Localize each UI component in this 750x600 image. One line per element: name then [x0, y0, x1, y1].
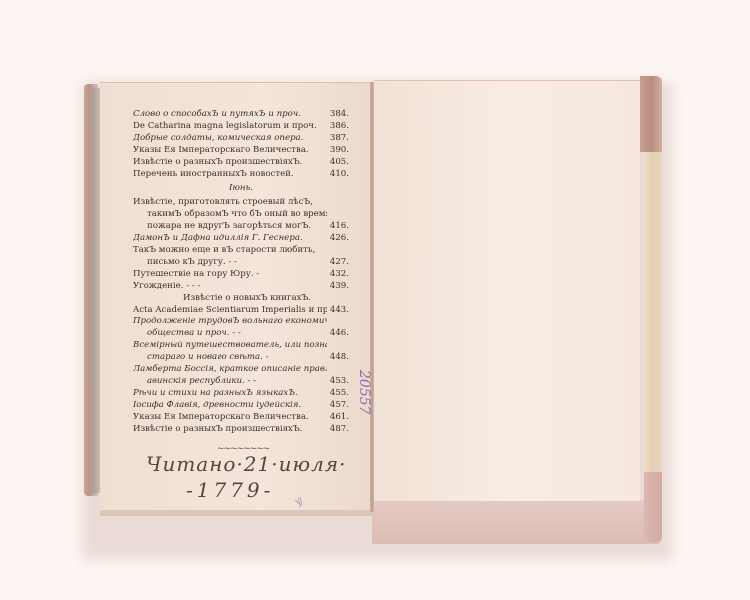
toc-entry: Угожденiе. - - - 439.	[133, 281, 349, 293]
toc-entry-line: Ламберта Боссiя, краткое описанiе правле…	[133, 364, 349, 376]
page-number: 457.	[327, 400, 349, 412]
section-subheading-new-books: Извѣстiе о новыхЪ книгахЪ.	[133, 293, 349, 305]
toc-entry: письмо кЪ другу. - - 427.	[133, 257, 349, 269]
handwritten-note-year: -1779-	[186, 478, 274, 502]
toc-entry-line: Продолженiе трудовЪ вольнаго економическ…	[133, 316, 349, 328]
book-gutter	[370, 82, 374, 512]
right-cover-bottom	[372, 500, 662, 544]
page-number: 416.	[327, 221, 349, 233]
toc-entry: Добрые солдаты, комическая опера. 387.	[133, 133, 349, 145]
toc-entry-line: Извѣстiе, приготовлять строевый лѣсЪ,	[133, 197, 349, 209]
page-number: 427.	[327, 257, 349, 269]
right-page-block-edge	[644, 152, 662, 472]
page-number: 448.	[327, 352, 349, 364]
toc-entry: Извѣстiе о разныхЪ произшествiяхЪ. 405.	[133, 157, 349, 169]
toc-entry: Указы Ея Iмператорскаго Величества. 461.	[133, 412, 349, 424]
toc-entry: аѳинскiя республики. - - 453.	[133, 376, 349, 388]
toc-entry-line: Всемiрный путешествователь, или познанiе	[133, 340, 349, 352]
toc-entry: стараго и новаго свѣта. - 448.	[133, 352, 349, 364]
toc-entry-line: такимЪ образомЪ что бЪ оный во время	[133, 209, 349, 221]
page-number: 390.	[327, 145, 349, 157]
toc-entry: ДамонЪ и Дафна идиллiя Г. Геснера. 426.	[133, 233, 349, 245]
toc-entry: Перечень иностранныхЪ новостей. 410.	[133, 169, 349, 181]
page-number: 384.	[327, 109, 349, 121]
page-number: 432.	[327, 269, 349, 281]
right-cover-edge-bottom	[644, 472, 662, 542]
page-number: 455.	[327, 388, 349, 400]
toc-entry: Acta Academiae Scientiarum Imperialis и …	[133, 305, 349, 317]
table-of-contents: Слово о способахЪ и путяхЪ и проч. 384. …	[133, 109, 349, 435]
toc-entry: De Catharina magna legislatorum и проч. …	[133, 121, 349, 133]
toc-entry: Путешествiе на гору Юру. - 432.	[133, 269, 349, 281]
open-book: Слово о способахЪ и путяхЪ и проч. 384. …	[0, 0, 750, 600]
right-cover-edge-top	[640, 76, 662, 152]
page-number: 487.	[327, 424, 349, 436]
handwritten-note-read-date: Читано·21·июля·	[146, 452, 346, 476]
page-number: 443.	[327, 305, 349, 317]
page-number: 410.	[327, 169, 349, 181]
page-number: 426.	[327, 233, 349, 245]
right-page	[374, 80, 640, 501]
left-page-bottom-edge	[100, 510, 372, 516]
page-number: 439.	[327, 281, 349, 293]
page-number: 387.	[327, 133, 349, 145]
toc-entry: Указы Ея Iмператорскаго Величества. 390.	[133, 145, 349, 157]
page-number: 461.	[327, 412, 349, 424]
page-number: 405.	[327, 157, 349, 169]
toc-entry: пожара не вдругЪ загорѣться могЪ. 416.	[133, 221, 349, 233]
library-inventory-number: 20557	[356, 370, 372, 415]
toc-entry: Извѣстiе о разныхЪ произшествiяхЪ. 487.	[133, 424, 349, 436]
section-heading-june: Iюнь.	[133, 183, 349, 195]
toc-entry: Iосифа Флавiя, древности iудейскiя. 457.	[133, 400, 349, 412]
toc-entry-line: ТакЪ можно еще и вЪ старости любить,	[133, 245, 349, 257]
toc-entry: Рѣчи и стихи на разныхЪ языкахЪ. 455.	[133, 388, 349, 400]
toc-entry: Слово о способахЪ и путяхЪ и проч. 384.	[133, 109, 349, 121]
toc-entry: общества и проч. - - 446.	[133, 328, 349, 340]
page-number: 386.	[327, 121, 349, 133]
page-number: 446.	[327, 328, 349, 340]
page-number: 453.	[327, 376, 349, 388]
